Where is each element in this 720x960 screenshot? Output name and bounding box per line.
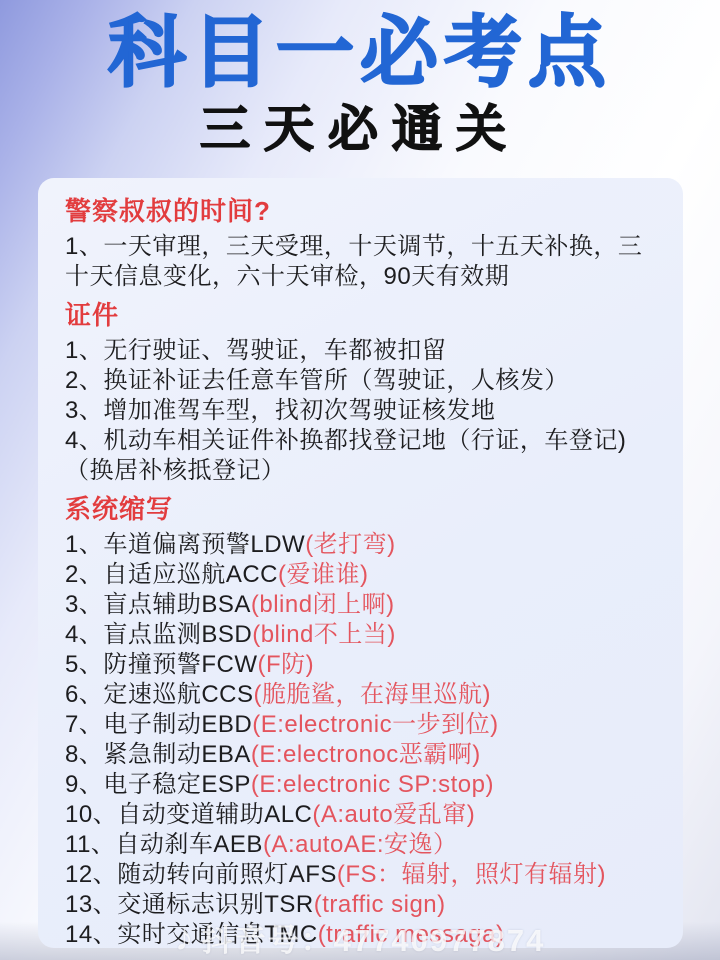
list-item: 11、自动刹车AEB(A:autoAE:安逸）	[65, 830, 657, 860]
content-card: 警察叔叔的时间?1、一天审理，三天受理，十天调节，十五天补换，三十天信息变化，六…	[38, 178, 683, 948]
list-item: 3、增加准驾车型，找初次驾驶证核发地	[65, 396, 657, 426]
item-text: 7、电子制动EBD	[65, 711, 252, 738]
page-title: 科目一必考点	[0, 6, 720, 98]
item-note: (F防)	[258, 651, 315, 678]
watermark: ♪ 抖音号：47740977874	[175, 915, 546, 960]
list-item: 9、电子稳定ESP(E:electronic SP:stop)	[65, 770, 657, 800]
item-text: 2、自适应巡航ACC	[65, 561, 278, 588]
watermark-text: 抖音号：47740977874	[202, 915, 546, 960]
list-item: 5、防撞预警FCW(F防)	[65, 650, 657, 680]
list-item: 12、随动转向前照灯AFS(FS：辐射，照灯有辐射)	[65, 860, 657, 890]
section-heading: 系统缩写	[65, 493, 657, 525]
item-text: 3、增加准驾车型，找初次驾驶证核发地	[65, 397, 495, 424]
item-note: (爱谁谁)	[278, 561, 368, 588]
item-text: 9、电子稳定ESP	[65, 771, 251, 798]
item-note: (脆脆鲨，在海里巡航)	[254, 681, 491, 708]
list-item: 6、定速巡航CCS(脆脆鲨，在海里巡航)	[65, 680, 657, 710]
item-text: 1、一天审理，三天受理，十天调节，十五天补换，三十天信息变化，六十天审检，90天…	[65, 233, 642, 290]
list-item: 1、一天审理，三天受理，十天调节，十五天补换，三十天信息变化，六十天审检，90天…	[65, 232, 657, 292]
item-note: (A:auto爱乱窜)	[312, 801, 475, 828]
page-header: 科目一必考点 三天必通关	[0, 0, 720, 158]
item-text: 8、紧急制动EBA	[65, 741, 251, 768]
item-note: (E:electronic一步到位)	[252, 711, 498, 738]
item-note: (老打弯)	[305, 531, 395, 558]
item-note: (FS：辐射，照灯有辐射)	[337, 861, 606, 888]
item-text: 6、定速巡航CCS	[65, 681, 254, 708]
list-item: 4、机动车相关证件补换都找登记地（行证，车登记)（换居补核抵登记）	[65, 426, 657, 486]
item-note: (E:electronoc恶霸啊)	[251, 741, 481, 768]
item-note: (traffic sign)	[314, 891, 446, 918]
list-item: 10、自动变道辅助ALC(A:auto爱乱窜)	[65, 800, 657, 830]
list-item: 1、车道偏离预警LDW(老打弯)	[65, 530, 657, 560]
page-subtitle: 三天必通关	[0, 100, 720, 158]
list-item: 1、无行驶证、驾驶证，车都被扣留	[65, 336, 657, 366]
item-text: 12、随动转向前照灯AFS	[65, 861, 337, 888]
item-text: 11、自动刹车AEB	[65, 831, 263, 858]
section-heading: 证件	[65, 299, 657, 331]
item-text: 5、防撞预警FCW	[65, 651, 258, 678]
item-note: (A:autoAE:安逸）	[263, 831, 458, 858]
list-item: 3、盲点辅助BSA(blind闭上啊)	[65, 590, 657, 620]
item-text: 4、机动车相关证件补换都找登记地（行证，车登记)（换居补核抵登记）	[65, 427, 626, 484]
item-note: (E:electronic SP:stop)	[251, 771, 494, 798]
section-heading: 警察叔叔的时间?	[65, 195, 657, 227]
list-item: 2、换证补证去任意车管所（驾驶证，人核发）	[65, 366, 657, 396]
tiktok-note-icon: ♪	[175, 919, 196, 957]
item-note: (blind闭上啊)	[251, 591, 395, 618]
item-text: 2、换证补证去任意车管所（驾驶证，人核发）	[65, 367, 569, 394]
list-item: 4、盲点监测BSD(blind不上当)	[65, 620, 657, 650]
item-text: 4、盲点监测BSD	[65, 621, 252, 648]
item-text: 10、自动变道辅助ALC	[65, 801, 312, 828]
list-item: 7、电子制动EBD(E:electronic一步到位)	[65, 710, 657, 740]
item-note: (blind不上当)	[252, 621, 396, 648]
item-text: 3、盲点辅助BSA	[65, 591, 251, 618]
list-item: 8、紧急制动EBA(E:electronoc恶霸啊)	[65, 740, 657, 770]
item-text: 13、交通标志识别TSR	[65, 891, 314, 918]
list-item: 2、自适应巡航ACC(爱谁谁)	[65, 560, 657, 590]
item-text: 1、车道偏离预警LDW	[65, 531, 305, 558]
item-text: 1、无行驶证、驾驶证，车都被扣留	[65, 337, 446, 364]
